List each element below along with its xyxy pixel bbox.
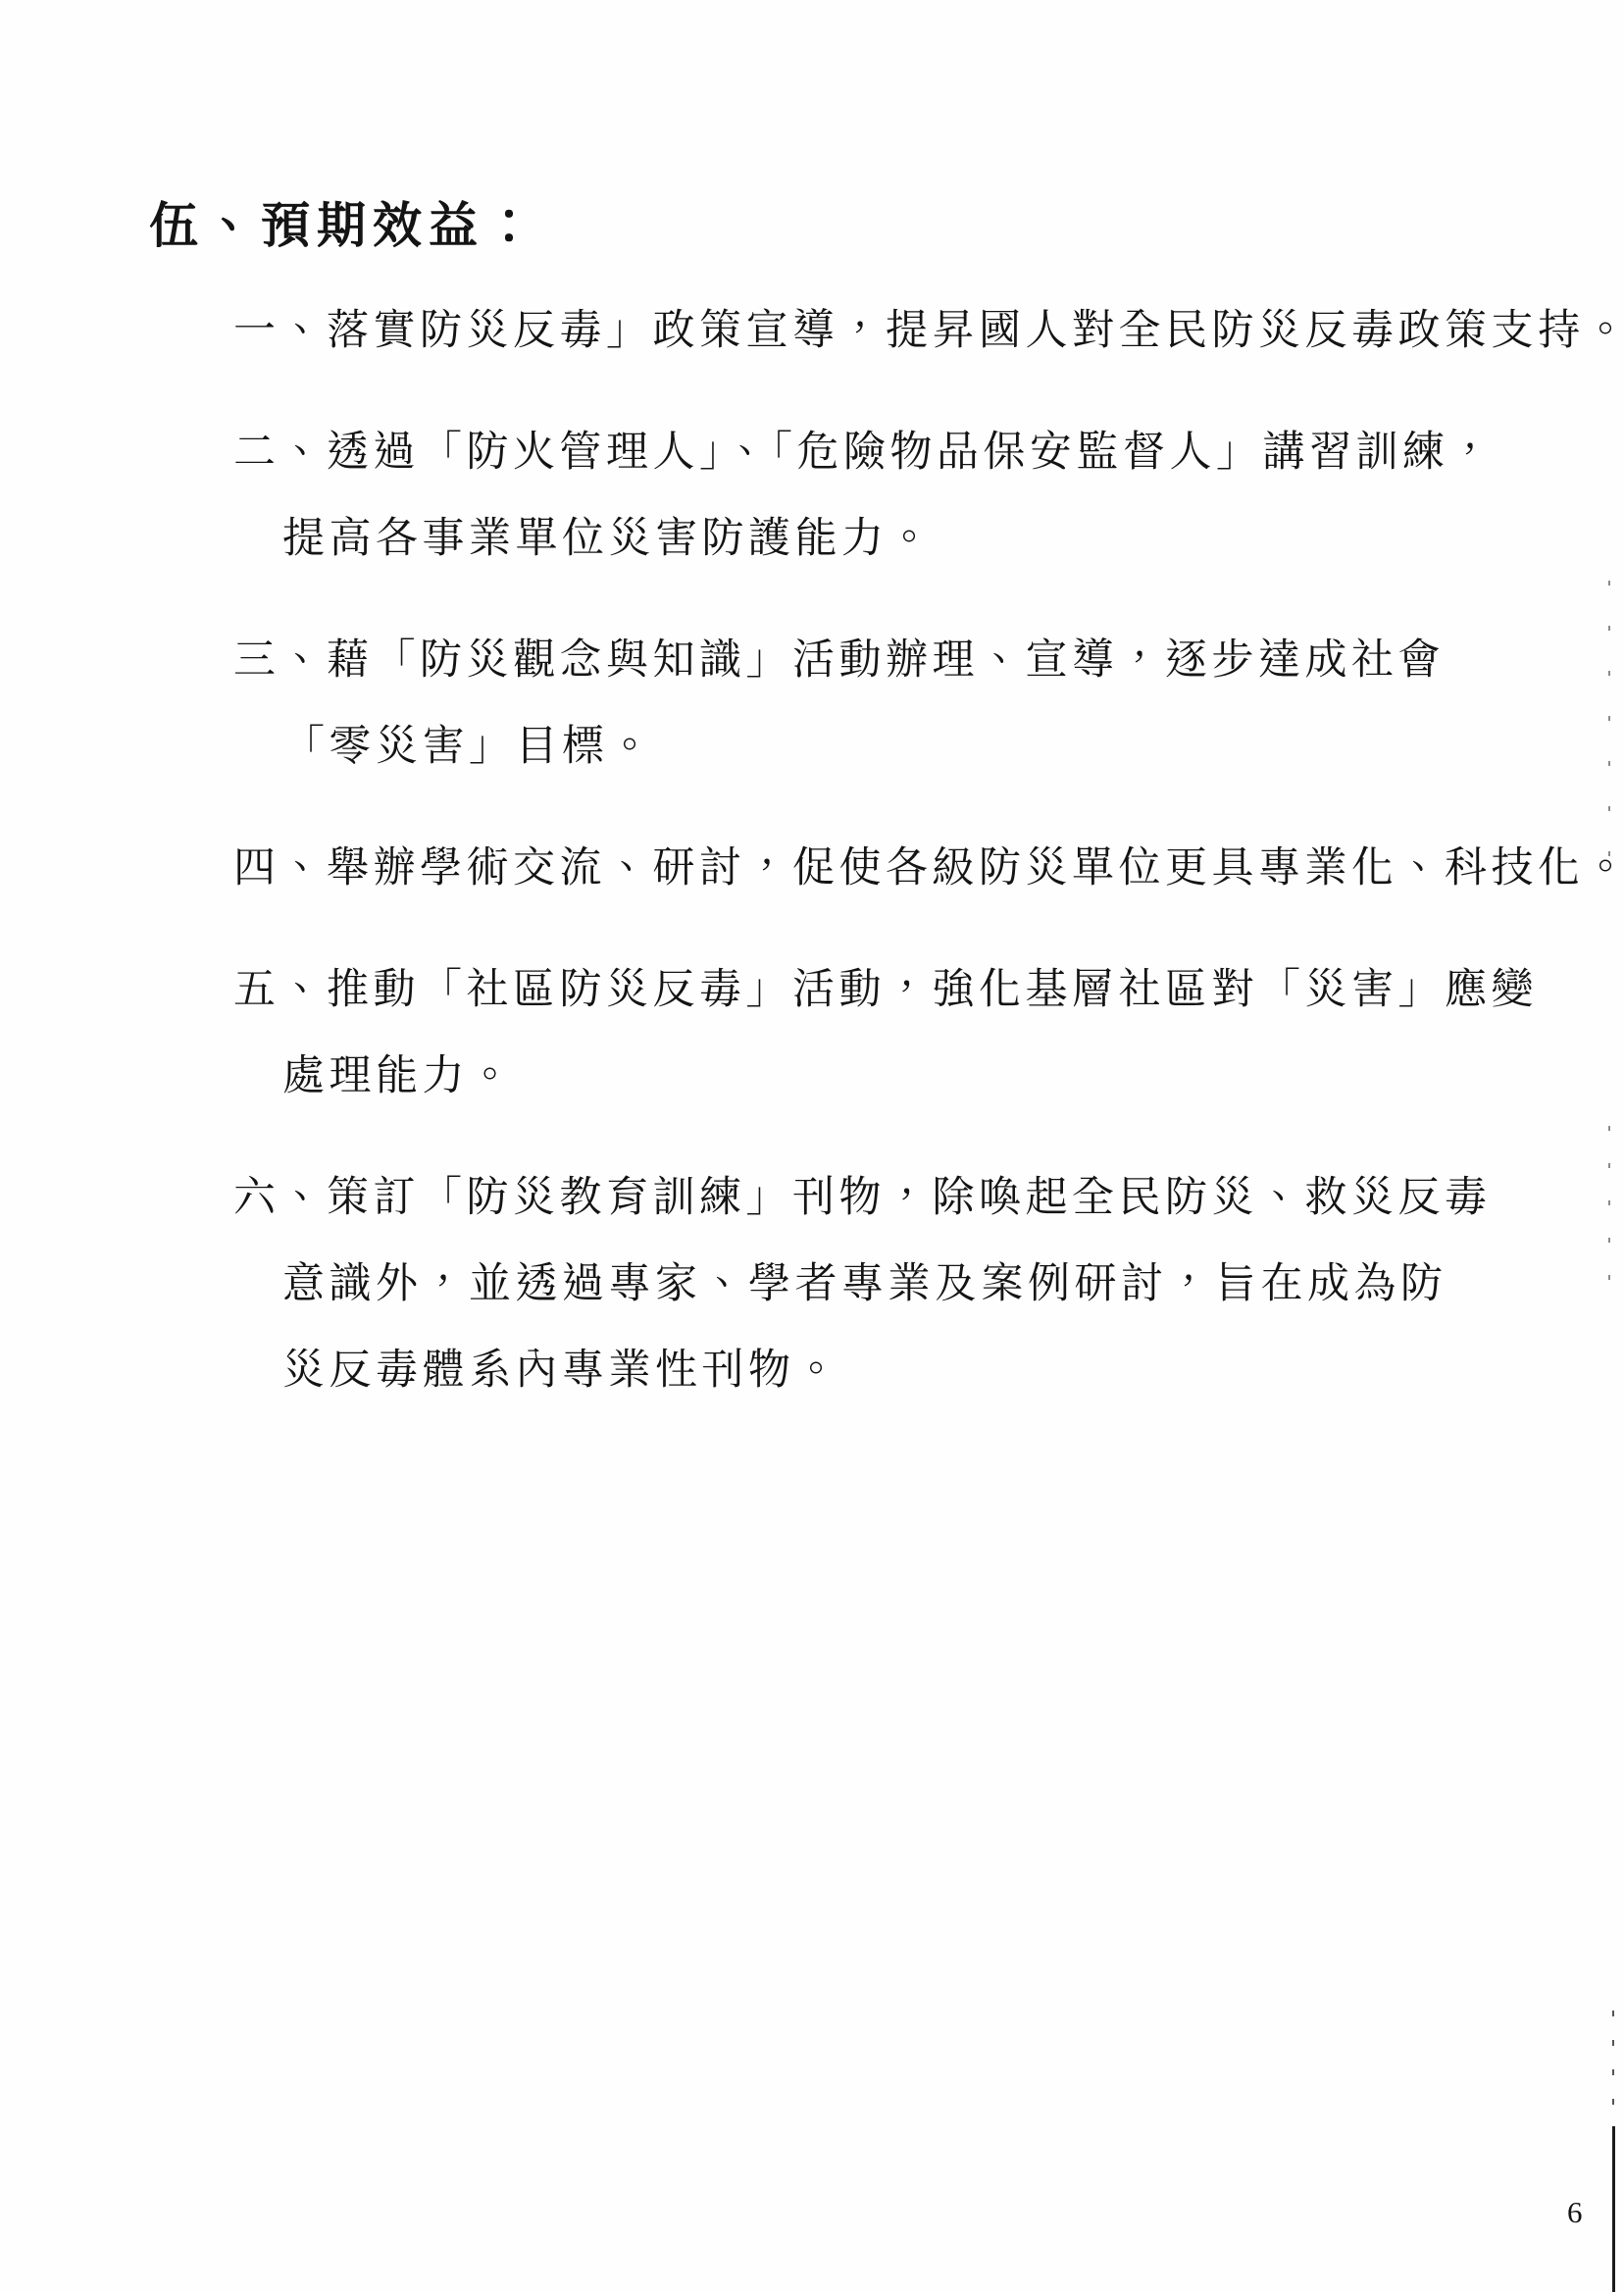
item-line: 六、策訂「防災教育訓練」刊物，除喚起全民防災、救災反毒 [233,1155,1618,1242]
expected-benefits-list: 一、落實防災反毒」政策宣導，提昇國人對全民防災反毒政策支持。 二、透過「防火管理… [233,288,1618,1450]
item-line: 三、藉「防災觀念與知識」活動辦理、宣導，逐步達成社會 [233,618,1618,704]
scanned-document-page: 伍、預期效益： 一、落實防災反毒」政策宣導，提昇國人對全民防災反毒政策支持。 二… [0,0,1624,2292]
section-heading: 伍、預期效益： [149,186,540,257]
list-item-3: 三、藉「防災觀念與知識」活動辦理、宣導，逐步達成社會 「零災害」目標。 [233,618,1618,790]
item-line: 二、透過「防火管理人」、「危險物品保安監督人」講習訓練， [233,410,1618,496]
item-line: 一、落實防災反毒」政策宣導，提昇國人對全民防災反毒政策支持。 [233,288,1618,375]
list-item-1: 一、落實防災反毒」政策宣導，提昇國人對全民防災反毒政策支持。 [233,288,1618,375]
list-item-4: 四、舉辦學術交流、研討，促使各級防災單位更具專業化、科技化。 [233,826,1618,912]
scan-artifact-edge-line [1612,2126,1615,2292]
scan-artifact-dotted-edge [1612,2011,1614,2128]
list-item-5: 五、推動「社區防災反毒」活動，強化基層社區對「災害」應變 處理能力。 [233,947,1618,1120]
item-line: 「零災害」目標。 [282,704,1618,790]
item-line: 四、舉辦學術交流、研討，促使各級防災單位更具專業化、科技化。 [233,826,1618,912]
item-line: 五、推動「社區防災反毒」活動，強化基層社區對「災害」應變 [233,947,1618,1034]
item-line: 提高各事業單位災害防護能力。 [282,496,1618,583]
item-line: 意識外，並透過專家、學者專業及案例研討，旨在成為防 [282,1242,1618,1328]
item-line: 災反毒體系內專業性刊物。 [282,1328,1618,1414]
list-item-6: 六、策訂「防災教育訓練」刊物，除喚起全民防災、救災反毒 意識外，並透過專家、學者… [233,1155,1618,1414]
page-number: 6 [1567,2195,1583,2230]
list-item-2: 二、透過「防火管理人」、「危險物品保安監督人」講習訓練， 提高各事業單位災害防護… [233,410,1618,583]
item-line: 處理能力。 [282,1034,1618,1120]
